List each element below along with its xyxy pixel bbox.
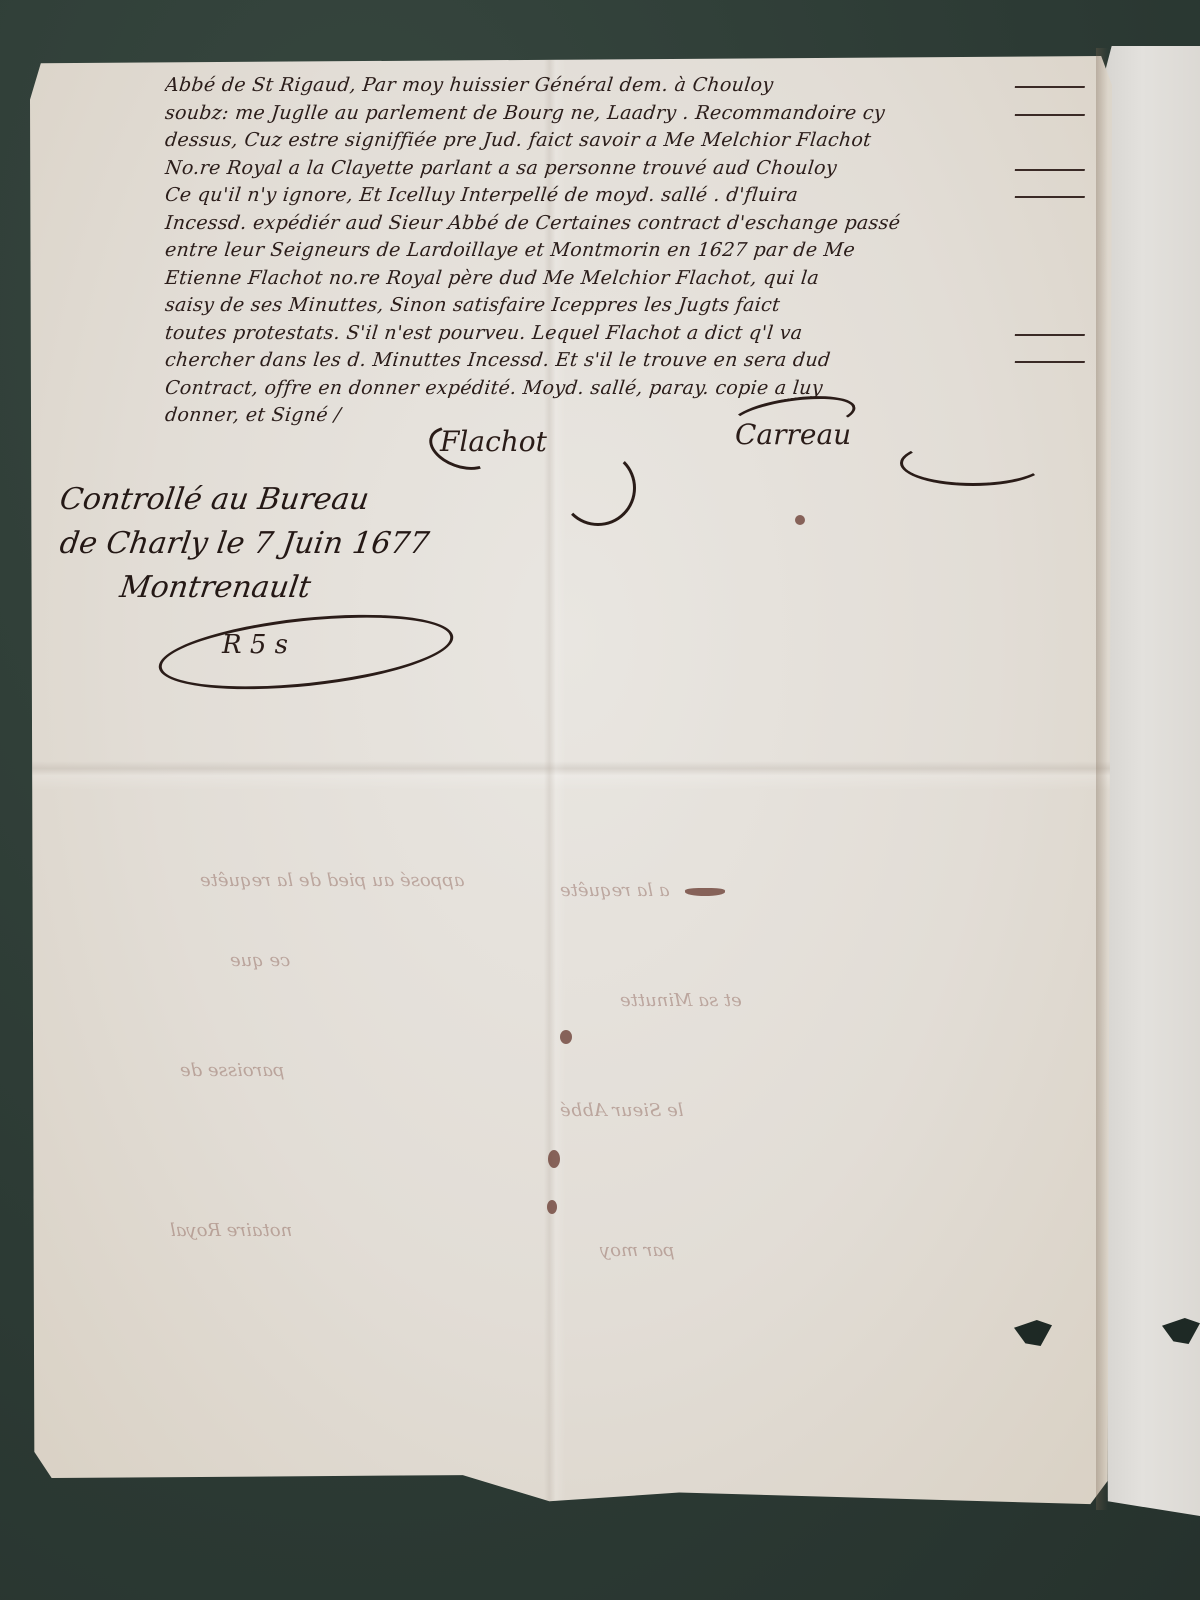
control-signature: Montrenault <box>57 566 432 610</box>
body-line: entre leur Seigneurs de Lardoillaye et M… <box>164 237 1087 265</box>
body-line: Contract, offre en donner expédité. Moyd… <box>164 375 1087 403</box>
fee-stamp-text: R 5 s <box>222 630 288 660</box>
control-line: de Charly le 7 Juin 1677 <box>57 522 432 566</box>
signature-flourish <box>560 450 636 526</box>
body-line: Ce qu'il n'y ignore, Et Icelluy Interpel… <box>164 182 1087 210</box>
body-line: chercher dans les d. Minuttes Incessd. E… <box>164 347 1087 375</box>
ink-blot <box>547 1200 557 1214</box>
page-fold-shadow <box>1096 48 1108 1510</box>
body-line: Incessd. expédiér aud Sieur Abbé de Cert… <box>164 210 1087 238</box>
body-line: soubz: me Juglle au parlement de Bourg n… <box>164 100 1087 128</box>
control-line: Controllé au Bureau <box>57 478 432 522</box>
ink-blot <box>685 888 725 896</box>
manuscript-body: Abbé de St Rigaud, Par moy huissier Géné… <box>165 72 1085 430</box>
signature-flourish <box>900 440 1046 486</box>
body-line: Etienne Flachot no.re Royal père dud Me … <box>164 265 1087 293</box>
adjacent-folded-page <box>1104 46 1200 1516</box>
ink-blot <box>560 1030 572 1044</box>
body-line: No.re Royal a la Clayette parlant a sa p… <box>164 155 1087 183</box>
body-line: dessus, Cuz estre signiffiée pre Jud. fa… <box>164 127 1087 155</box>
ink-blot <box>795 515 805 525</box>
control-registration-note: Controllé au Bureau de Charly le 7 Juin … <box>60 478 429 610</box>
body-line: saisy de ses Minuttes, Sinon satisfaire … <box>164 292 1087 320</box>
body-line: donner, et Signé / <box>164 402 1087 430</box>
ink-blot <box>548 1150 560 1168</box>
body-line: Abbé de St Rigaud, Par moy huissier Géné… <box>164 72 1087 100</box>
body-line: toutes protestats. S'il n'est pourveu. L… <box>164 320 1087 348</box>
